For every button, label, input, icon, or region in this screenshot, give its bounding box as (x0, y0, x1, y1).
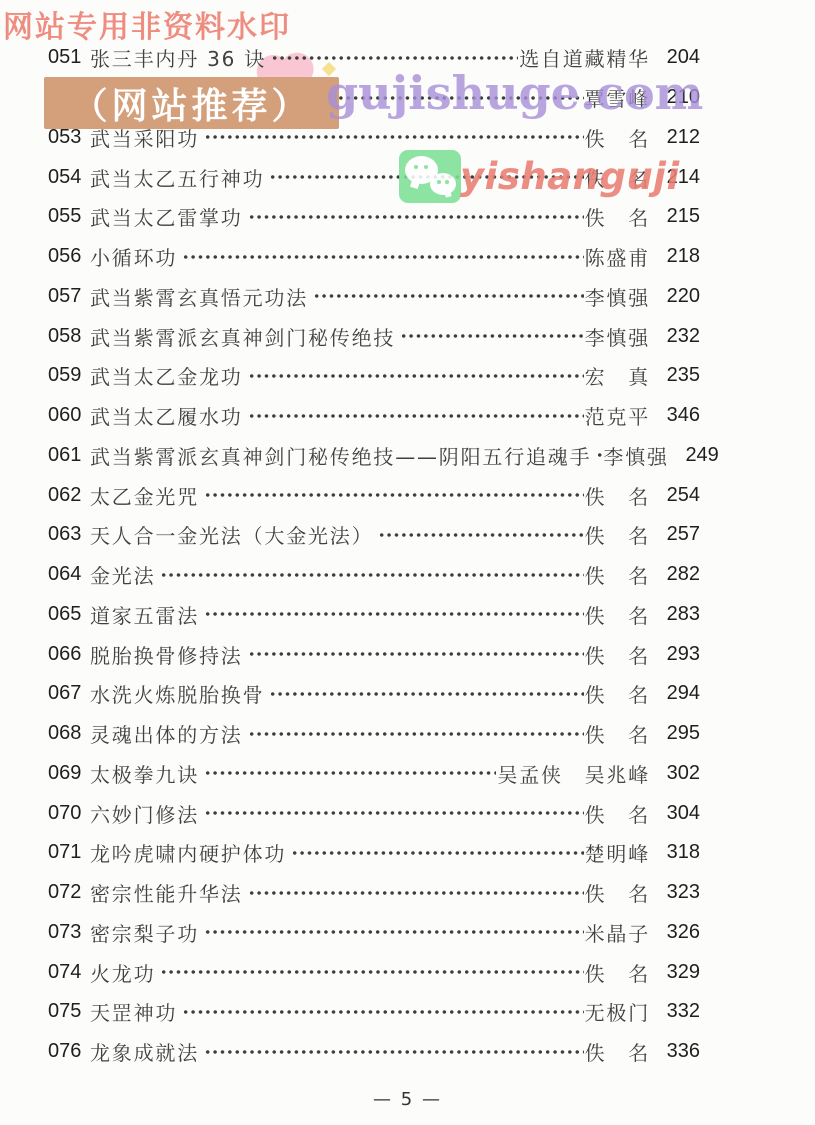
entry-page: 282 (650, 563, 700, 586)
entry-author: 米晶子 (585, 918, 650, 947)
toc-row: 067 水洗火炼脱胎换骨 佚 名 294 (48, 674, 700, 714)
entry-title: 天人合一金光法（大金光法） (90, 520, 373, 549)
entry-number: 056 (48, 245, 90, 268)
entry-author: 佚 名 (585, 1037, 650, 1066)
toc-row: 057 武当紫霄玄真悟元功法 李慎强 220 (48, 277, 700, 317)
wechat-bubble-tail (444, 190, 451, 197)
entry-number: 061 (48, 444, 90, 467)
entry-page: 257 (650, 523, 700, 546)
toc-row: 073 密宗梨子功 米晶子 326 (48, 913, 700, 953)
entry-number: 058 (48, 325, 90, 348)
recommendation-stamp: （网站推荐） (44, 77, 339, 129)
toc-row: 071 龙吟虎啸内硬护体功 楚明峰 318 (48, 833, 700, 873)
entry-author: 佚 名 (585, 520, 650, 549)
entry-page: 302 (650, 762, 700, 785)
wechat-bubble-eye (414, 165, 418, 169)
dot-leader (248, 882, 584, 904)
entry-page: 254 (650, 484, 700, 507)
entry-page: 215 (650, 205, 700, 228)
entry-page: 232 (650, 325, 700, 348)
entry-author: 佚 名 (585, 958, 650, 987)
dot-leader (248, 365, 584, 387)
entry-author: 李慎强 (603, 441, 668, 470)
dot-leader (160, 961, 583, 983)
dot-leader (204, 126, 584, 148)
dot-leader (182, 246, 583, 268)
page-number-footer: — 5 — (0, 1089, 815, 1110)
dot-leader (248, 643, 584, 665)
entry-page: 323 (650, 881, 700, 904)
entry-page: 212 (650, 126, 700, 149)
entry-page: 249 (669, 444, 719, 467)
entry-author: 吴孟侠 吴兆峰 (497, 759, 650, 788)
entry-title: 金光法 (90, 560, 155, 589)
entry-title: 武当太乙雷掌功 (90, 202, 243, 231)
toc-row: 068 灵魂出体的方法 佚 名 295 (48, 714, 700, 754)
toc-row: 076 龙象成就法 佚 名 336 (48, 1032, 700, 1072)
entry-number: 057 (48, 285, 90, 308)
dot-leader (291, 842, 583, 864)
entry-page: 293 (650, 643, 700, 666)
entry-page: 332 (650, 1000, 700, 1023)
entry-number: 072 (48, 881, 90, 904)
entry-number: 070 (48, 802, 90, 825)
entry-page: 326 (650, 921, 700, 944)
entry-number: 062 (48, 484, 90, 507)
entry-number: 051 (48, 46, 90, 69)
entry-title: 武当太乙金龙功 (90, 361, 243, 390)
entry-title: 张三丰内丹 36 诀 (90, 43, 266, 72)
entry-author: 李慎强 (585, 322, 650, 351)
entry-title: 小循环功 (90, 242, 177, 271)
dot-leader (313, 285, 584, 307)
entry-number: 073 (48, 921, 90, 944)
entry-number: 069 (48, 762, 90, 785)
entry-title: 六妙门修法 (90, 799, 199, 828)
dot-leader (204, 603, 584, 625)
dot-leader (204, 1041, 584, 1063)
toc-row: 055 武当太乙雷掌功 佚 名 215 (48, 197, 700, 237)
entry-title: 龙象成就法 (90, 1037, 199, 1066)
entry-author: 李慎强 (585, 282, 650, 311)
toc-row: 070 六妙门修法 佚 名 304 (48, 793, 700, 833)
entry-author: 陈盛甫 (585, 242, 650, 271)
entry-number: 055 (48, 205, 90, 228)
dot-leader (248, 405, 584, 427)
wechat-icon (399, 150, 461, 203)
entry-number: 068 (48, 722, 90, 745)
entry-author: 佚 名 (585, 878, 650, 907)
dot-leader (204, 762, 496, 784)
dot-leader (204, 802, 584, 824)
entry-page: 346 (650, 404, 700, 427)
entry-page: 283 (650, 603, 700, 626)
entry-title: 脱胎换骨修持法 (90, 640, 243, 669)
entry-author: 佚 名 (585, 481, 650, 510)
wechat-bubble (430, 173, 456, 195)
dot-leader (248, 206, 584, 228)
entry-page: 294 (650, 682, 700, 705)
dot-leader (596, 444, 602, 466)
entry-title: 水洗火炼脱胎换骨 (90, 679, 264, 708)
entry-page: 218 (650, 245, 700, 268)
entry-number: 060 (48, 404, 90, 427)
entry-page: 295 (650, 722, 700, 745)
scanned-toc-page: 网站专用非资料水印 051 张三丰内丹 36 诀 选自道藏精华 204 052 … (0, 0, 815, 1125)
entry-number: 075 (48, 1000, 90, 1023)
entry-number: 067 (48, 682, 90, 705)
entry-title: 武当紫霄派玄真神剑门秘传绝技——阴阳五行追魂手 (90, 441, 591, 470)
entry-number: 063 (48, 523, 90, 546)
entry-title: 火龙功 (90, 958, 155, 987)
entry-number: 054 (48, 166, 90, 189)
entry-page: 304 (650, 802, 700, 825)
wechat-bubble-eye (445, 180, 449, 184)
entry-author: 佚 名 (585, 640, 650, 669)
toc-row: 074 火龙功 佚 名 329 (48, 952, 700, 992)
entry-author: 无极门 (585, 997, 650, 1026)
entry-title: 太乙金光咒 (90, 481, 199, 510)
entry-title: 武当太乙五行神功 (90, 163, 264, 192)
entry-page: 336 (650, 1040, 700, 1063)
toc-row: 063 天人合一金光法（大金光法） 佚 名 257 (48, 515, 700, 555)
entry-title: 龙吟虎啸内硬护体功 (90, 838, 286, 867)
entry-number: 053 (48, 126, 90, 149)
entry-number: 064 (48, 563, 90, 586)
toc-row: 065 道家五雷法 佚 名 283 (48, 595, 700, 635)
entry-author: 佚 名 (585, 600, 650, 629)
wechat-bubble-tail (410, 179, 420, 189)
toc-row: 061 武当紫霄派玄真神剑门秘传绝技——阴阳五行追魂手 李慎强 249 (48, 436, 700, 476)
entry-author: 宏 真 (585, 361, 650, 390)
toc-row: 060 武当太乙履水功 范克平 346 (48, 396, 700, 436)
dot-leader (204, 921, 584, 943)
toc-row: 069 太极拳九诀 吴孟侠 吴兆峰 302 (48, 754, 700, 794)
entry-title: 太极拳九诀 (90, 759, 199, 788)
entry-number: 071 (48, 841, 90, 864)
site-watermark-gujishuge: gujishuge.com (326, 68, 703, 119)
entry-title: 密宗性能升华法 (90, 878, 243, 907)
dot-leader (160, 564, 583, 586)
entry-author: 佚 名 (585, 202, 650, 231)
entry-author: 佚 名 (585, 719, 650, 748)
entry-title: 武当紫霄玄真悟元功法 (90, 282, 308, 311)
entry-author: 佚 名 (585, 799, 650, 828)
toc-row: 062 太乙金光咒 佚 名 254 (48, 475, 700, 515)
entry-author: 楚明峰 (585, 838, 650, 867)
dot-leader (378, 524, 583, 546)
entry-number: 065 (48, 603, 90, 626)
entry-page: 220 (650, 285, 700, 308)
dot-leader (400, 325, 583, 347)
toc-row: 064 金光法 佚 名 282 (48, 555, 700, 595)
entry-number: 066 (48, 643, 90, 666)
entry-title: 道家五雷法 (90, 600, 199, 629)
entry-number: 074 (48, 961, 90, 984)
entry-author: 佚 名 (585, 123, 650, 152)
entry-page: 235 (650, 364, 700, 387)
toc-row: 056 小循环功 陈盛甫 218 (48, 237, 700, 277)
wechat-bubble-eye (437, 180, 441, 184)
entry-title: 灵魂出体的方法 (90, 719, 243, 748)
entry-author: 佚 名 (585, 560, 650, 589)
dot-leader (248, 723, 584, 745)
entry-author: 范克平 (585, 401, 650, 430)
site-watermark-yishanguji: yishanguji (460, 155, 680, 199)
entry-title: 武当紫霄派玄真神剑门秘传绝技 (90, 322, 395, 351)
entry-title: 天罡神功 (90, 997, 177, 1026)
entry-number: 059 (48, 364, 90, 387)
entry-page: 318 (650, 841, 700, 864)
entry-number: 076 (48, 1040, 90, 1063)
entry-page: 329 (650, 961, 700, 984)
toc-row: 072 密宗性能升华法 佚 名 323 (48, 873, 700, 913)
entry-author: 佚 名 (585, 679, 650, 708)
entry-title: 武当太乙履水功 (90, 401, 243, 430)
dot-leader (182, 1001, 583, 1023)
recommendation-stamp-label: （网站推荐） (71, 78, 311, 129)
wechat-bubble-eye (424, 165, 428, 169)
toc-row: 075 天罡神功 无极门 332 (48, 992, 700, 1032)
toc-row: 059 武当太乙金龙功 宏 真 235 (48, 356, 700, 396)
toc-row: 066 脱胎换骨修持法 佚 名 293 (48, 634, 700, 674)
entry-title: 密宗梨子功 (90, 918, 199, 947)
dot-leader (269, 683, 583, 705)
toc-row: 058 武当紫霄派玄真神剑门秘传绝技 李慎强 232 (48, 316, 700, 356)
dot-leader (204, 484, 584, 506)
